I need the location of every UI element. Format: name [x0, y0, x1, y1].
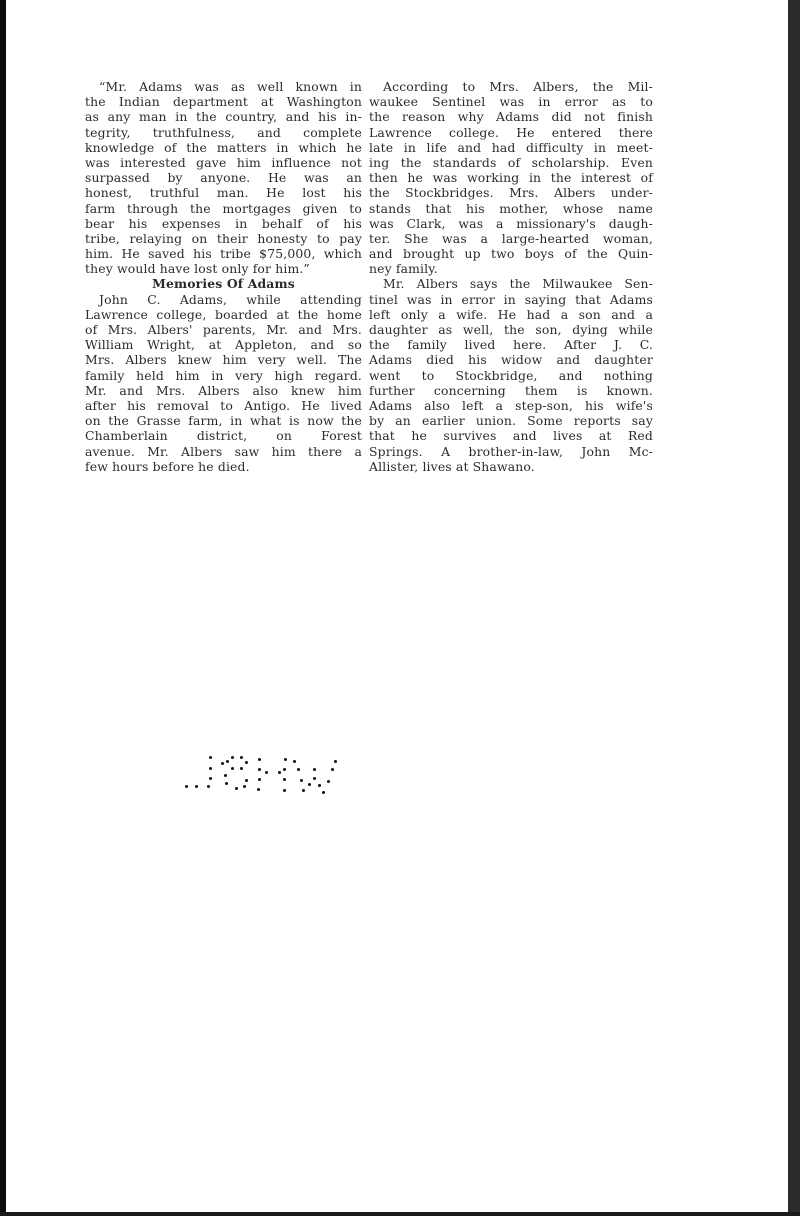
text-line: they would have lost only for him.” [85, 261, 362, 276]
text-line: avenue. Mr. Albers saw him there a [85, 444, 362, 459]
text-line: ney family. [369, 261, 653, 276]
text-line: then he was working in the interest of [369, 170, 653, 185]
perforation-dot [283, 778, 286, 781]
perforation-dot [207, 785, 210, 788]
text-line: as any man in the country, and his in- [85, 109, 362, 124]
perforation-dot [231, 756, 234, 759]
perforation-dot [313, 777, 316, 780]
text-line: ing the standards of scholarship. Even [369, 155, 653, 170]
text-line: the Indian department at Washington [85, 94, 362, 109]
section-heading: Memories Of Adams [85, 276, 362, 291]
text-line: According to Mrs. Albers, the Mil- [369, 79, 653, 94]
perforation-dot [240, 756, 243, 759]
perforation-dot [209, 777, 212, 780]
perforation-dot [283, 789, 286, 792]
text-line: him. He saved his tribe $75,000, which [85, 246, 362, 261]
text-line: William Wright, at Appleton, and so [85, 337, 362, 352]
perforation-dot [221, 762, 224, 765]
article-column-left: “Mr. Adams was as well known inthe India… [85, 79, 362, 474]
perforation-dot [283, 768, 286, 771]
text-line: Adams died his widow and daughter [369, 352, 653, 367]
perforation-dot [224, 774, 227, 777]
text-line: the reason why Adams did not finish [369, 109, 653, 124]
text-line: Mrs. Albers knew him very well. The [85, 352, 362, 367]
text-line: few hours before he died. [85, 459, 362, 474]
text-line: Lawrence college, boarded at the home [85, 307, 362, 322]
text-line: on the Grasse farm, in what is now the [85, 413, 362, 428]
text-line: bear his expenses in behalf of his [85, 216, 362, 231]
perforation-dot [225, 782, 228, 785]
perforation-dot [240, 767, 243, 770]
text-line: Allister, lives at Shawano. [369, 459, 653, 474]
perforation-dot [322, 791, 325, 794]
text-line: Mr. and Mrs. Albers also knew him [85, 383, 362, 398]
text-line: and brought up two boys of the Quin- [369, 246, 653, 261]
text-line: the family lived here. After J. C. [369, 337, 653, 352]
text-line: ter. She was a large-hearted woman, [369, 231, 653, 246]
text-line: stands that his mother, whose name [369, 201, 653, 216]
perforation-dot [331, 768, 334, 771]
perforation-dot [231, 767, 234, 770]
perforation-dot [245, 779, 248, 782]
text-line: by an earlier union. Some reports say [369, 413, 653, 428]
scan-border-right [788, 0, 800, 1216]
text-line: of Mrs. Albers' parents, Mr. and Mrs. [85, 322, 362, 337]
perforation-dot [226, 760, 229, 763]
text-line: tinel was in error in saying that Adams [369, 292, 653, 307]
text-line: Adams also left a step-son, his wife's [369, 398, 653, 413]
text-line: daughter as well, the son, dying while [369, 322, 653, 337]
perforation-dot [245, 761, 248, 764]
perforation-dot [293, 760, 296, 763]
perforation-dot [258, 778, 261, 781]
perforation-dot [284, 758, 287, 761]
perforation-dot [313, 768, 316, 771]
perforation-dot [318, 784, 321, 787]
text-line: the Stockbridges. Mrs. Albers under- [369, 185, 653, 200]
perforation-dot [258, 768, 261, 771]
text-line: “Mr. Adams was as well known in [85, 79, 362, 94]
text-line: tribe, relaying on their honesty to pay [85, 231, 362, 246]
perforation-dot [235, 787, 238, 790]
text-line: tegrity, truthfulness, and complete [85, 125, 362, 140]
perforation-dot [209, 756, 212, 759]
perforation-dot [257, 788, 260, 791]
text-line: Lawrence college. He entered there [369, 125, 653, 140]
perforation-dot [258, 758, 261, 761]
text-line: was interested gave him influence not [85, 155, 362, 170]
text-line: late in life and had difficulty in meet- [369, 140, 653, 155]
perforation-dot [300, 779, 303, 782]
text-line: farm through the mortgages given to [85, 201, 362, 216]
article-column-right: According to Mrs. Albers, the Mil-waukee… [369, 79, 653, 474]
perforation-dot [243, 785, 246, 788]
perforated-stamp-icon [185, 755, 345, 795]
perforation-dot [265, 771, 268, 774]
perforation-dot [209, 767, 212, 770]
text-line: after his removal to Antigo. He lived [85, 398, 362, 413]
text-line: family held him in very high regard. [85, 368, 362, 383]
text-line: went to Stockbridge, and nothing [369, 368, 653, 383]
perforation-dot [195, 785, 198, 788]
perforation-dot [308, 783, 311, 786]
perforation-dot [302, 789, 305, 792]
scan-border-left [0, 0, 6, 1216]
text-line: that he survives and lives at Red [369, 428, 653, 443]
text-line: further concerning them is known. [369, 383, 653, 398]
perforation-dot [278, 771, 281, 774]
text-line: surpassed by anyone. He was an [85, 170, 362, 185]
text-line: Mr. Albers says the Milwaukee Sen- [369, 276, 653, 291]
text-line: waukee Sentinel was in error as to [369, 94, 653, 109]
text-line: knowledge of the matters in which he [85, 140, 362, 155]
perforation-dot [334, 760, 337, 763]
text-line: honest, truthful man. He lost his [85, 185, 362, 200]
perforation-dot [327, 780, 330, 783]
perforation-dot [297, 768, 300, 771]
text-line: was Clark, was a missionary's daugh- [369, 216, 653, 231]
text-line: Springs. A brother-in-law, John Mc- [369, 444, 653, 459]
text-line: Chamberlain district, on Forest [85, 428, 362, 443]
scan-border-bottom [0, 1212, 800, 1216]
perforation-dot [185, 785, 188, 788]
text-line: John C. Adams, while attending [85, 292, 362, 307]
text-line: left only a wife. He had a son and a [369, 307, 653, 322]
